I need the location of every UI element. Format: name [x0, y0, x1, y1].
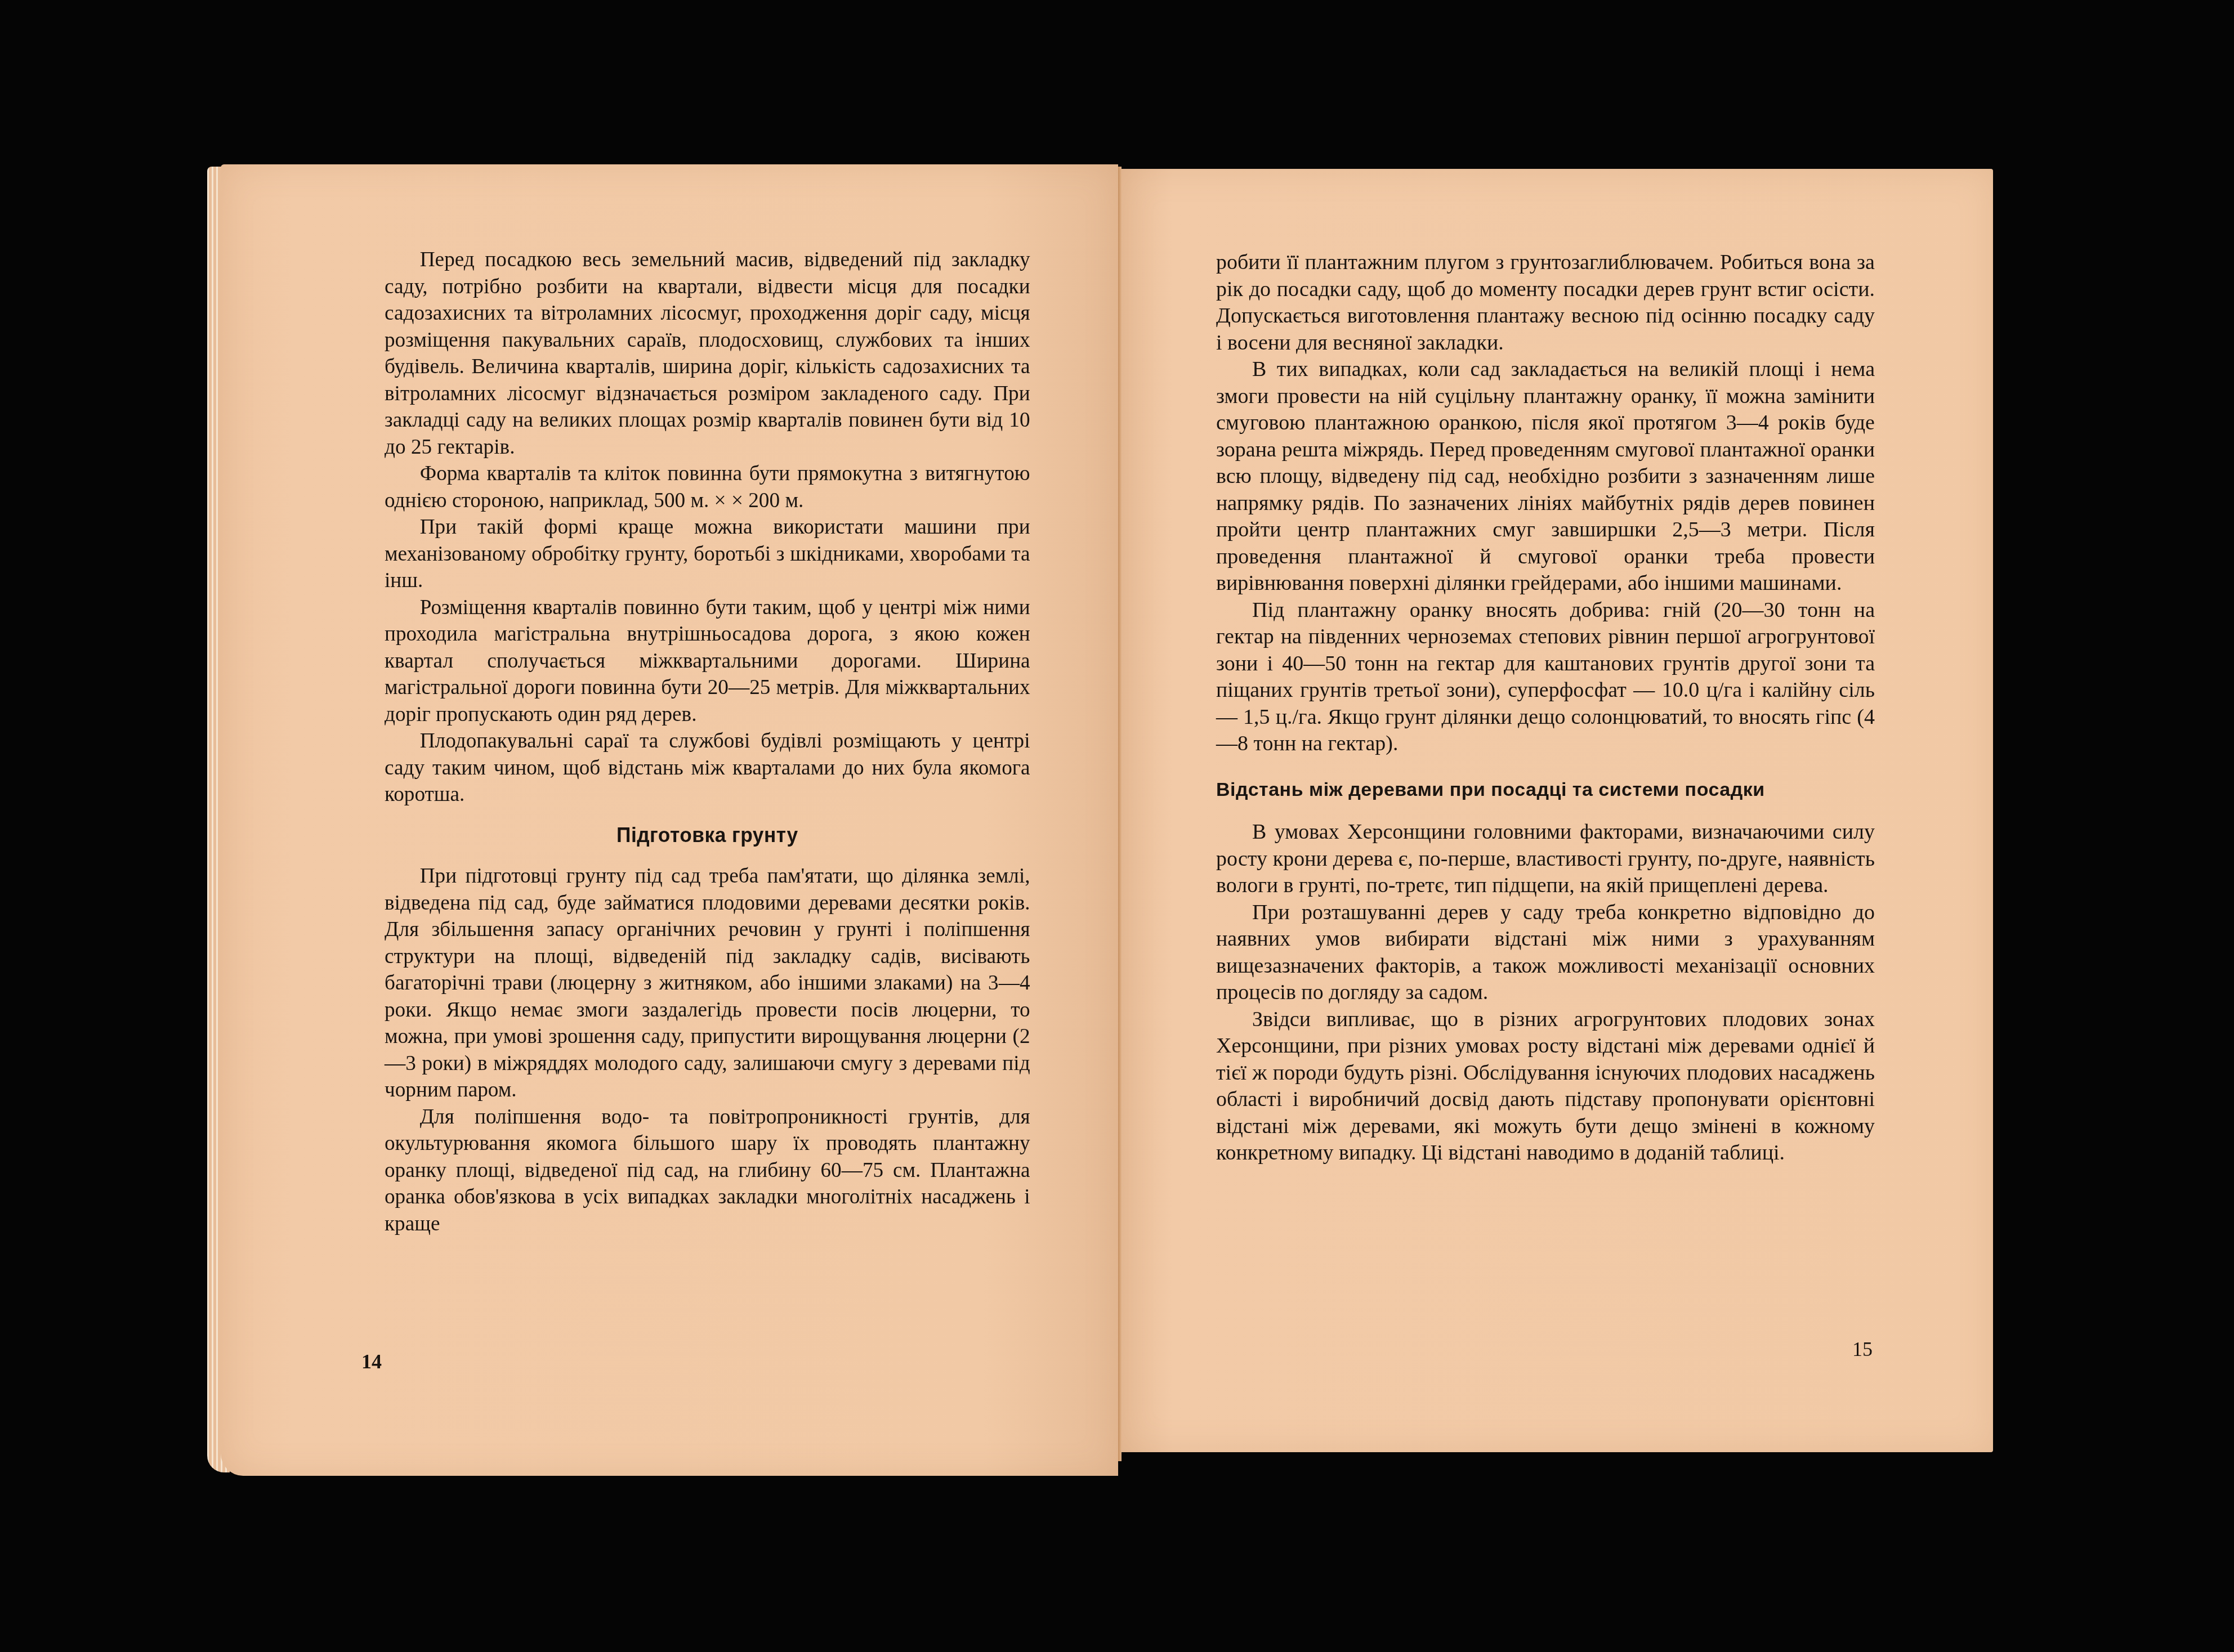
- page-number: 14: [361, 1350, 382, 1373]
- paragraph: Розміщення кварталів повинно бути таким,…: [385, 594, 1030, 728]
- paragraph: Плодопакувальні сараї та службові будівл…: [385, 728, 1030, 808]
- section-heading: Відстань між деревами при посадці та сис…: [1216, 777, 1875, 804]
- paragraph: При підготовці грунту під сад треба пам'…: [385, 863, 1030, 1104]
- section-heading: Підготовка грунту: [385, 822, 1030, 849]
- paragraph: Перед посадкою весь земельний масив, від…: [385, 247, 1030, 460]
- page-number: 15: [1852, 1337, 1873, 1361]
- paragraph: Звідси випливає, що в різних агрогрунтов…: [1216, 1006, 1875, 1167]
- paragraph: В тих випадках, коли сад закладається на…: [1216, 356, 1875, 597]
- paragraph: При розташуванні дерев у саду треба конк…: [1216, 899, 1875, 1006]
- book-gutter: [1118, 167, 1122, 1461]
- left-page-text: Перед посадкою весь земельний масив, від…: [385, 247, 1030, 1237]
- paragraph: Під плантажну оранку вносять добрива: гн…: [1216, 597, 1875, 758]
- paragraph: В умовах Херсонщини головними факторами,…: [1216, 819, 1875, 899]
- paragraph: Форма кварталів та кліток повинна бути п…: [385, 460, 1030, 514]
- paragraph: Для поліпшення водо- та повітропроникнос…: [385, 1104, 1030, 1238]
- right-page-text: робити її плантажним плугом з грунтозагл…: [1216, 249, 1875, 1167]
- paragraph: робити її плантажним плугом з грунтозагл…: [1216, 249, 1875, 356]
- paragraph: При такій формі краще можна використати …: [385, 514, 1030, 594]
